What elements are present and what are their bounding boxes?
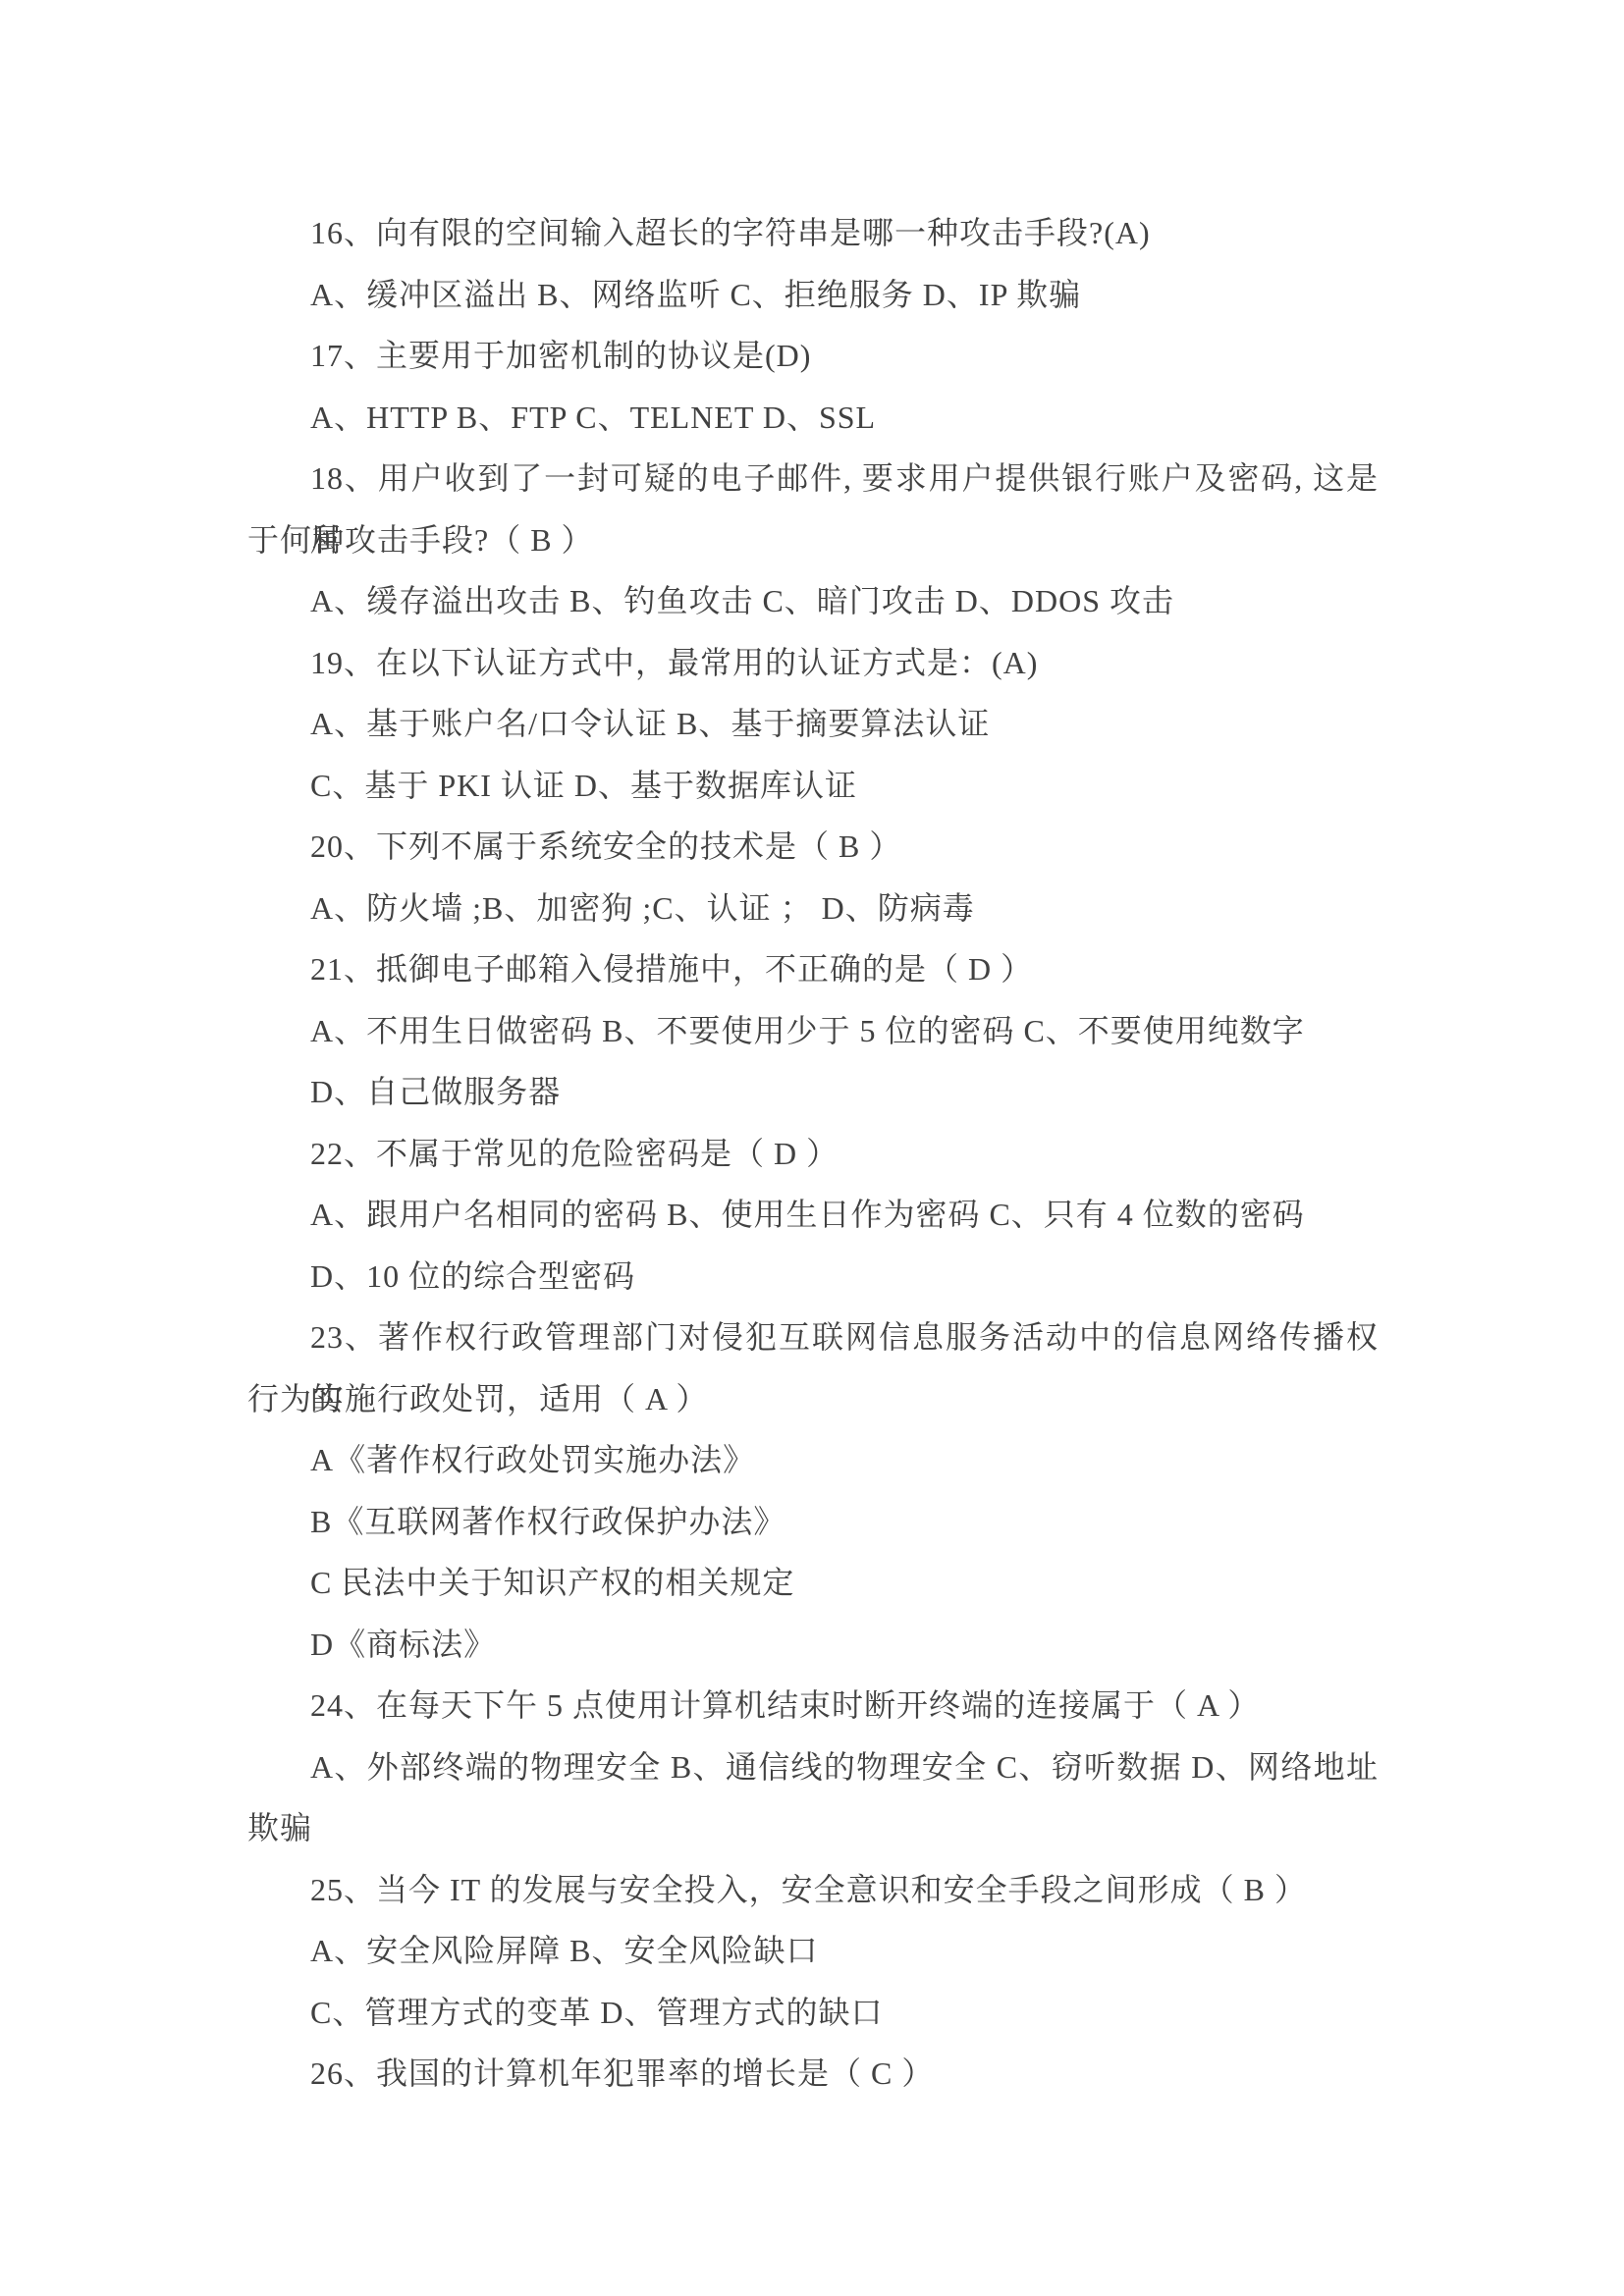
text-line: B《互联网著作权行政保护办法》 — [247, 1491, 1379, 1553]
text-line: D、10 位的综合型密码 — [247, 1246, 1379, 1308]
text-line: A、缓存溢出攻击 B、钓鱼攻击 C、暗门攻击 D、DDOS 攻击 — [247, 570, 1379, 632]
text-line: 24、在每天下午 5 点使用计算机结束时断开终端的连接属于（ A ） — [247, 1675, 1379, 1736]
text-line: A、HTTP B、FTP C、TELNET D、SSL — [247, 387, 1379, 449]
text-line: C、基于 PKI 认证 D、基于数据库认证 — [247, 755, 1379, 817]
text-line: 23、著作权行政管理部门对侵犯互联网信息服务活动中的信息网络传播权的 — [247, 1307, 1379, 1368]
text-line: 行为实施行政处罚，适用（ A ） — [247, 1368, 1379, 1430]
text-line: 17、主要用于加密机制的协议是(D) — [247, 325, 1379, 387]
text-line: D《商标法》 — [247, 1614, 1379, 1676]
text-line: C 民法中关于知识产权的相关规定 — [247, 1552, 1379, 1614]
text-line: A、外部终端的物理安全 B、通信线的物理安全 C、窃听数据 D、网络地址 — [247, 1736, 1379, 1798]
text-line: A、跟用户名相同的密码 B、使用生日作为密码 C、只有 4 位数的密码 — [247, 1184, 1379, 1246]
text-line: 26、我国的计算机年犯罪率的增长是（ C ） — [247, 2043, 1379, 2105]
text-line: D、自己做服务器 — [247, 1061, 1379, 1123]
text-line: 21、抵御电子邮箱入侵措施中，不正确的是（ D ） — [247, 938, 1379, 1000]
text-line: A《著作权行政处罚实施办法》 — [247, 1429, 1379, 1491]
document-page: 16、向有限的空间输入超长的字符串是哪一种攻击手段?(A)A、缓冲区溢出 B、网… — [247, 202, 1379, 2105]
text-line: 欺骗 — [247, 1797, 1379, 1859]
text-line: 19、在以下认证方式中，最常用的认证方式是：(A) — [247, 632, 1379, 694]
text-line: A、不用生日做密码 B、不要使用少于 5 位的密码 C、不要使用纯数字 — [247, 1000, 1379, 1062]
text-line: 22、不属于常见的危险密码是（ D ） — [247, 1123, 1379, 1185]
text-line: 20、下列不属于系统安全的技术是（ B ） — [247, 816, 1379, 878]
text-line: A、基于账户名/口令认证 B、基于摘要算法认证 — [247, 693, 1379, 755]
text-line: 于何种攻击手段?（ B ） — [247, 509, 1379, 571]
text-line: A、缓冲区溢出 B、网络监听 C、拒绝服务 D、IP 欺骗 — [247, 264, 1379, 326]
text-line: A、安全风险屏障 B、安全风险缺口 — [247, 1920, 1379, 1982]
text-line: A、防火墙 ;B、加密狗 ;C、认证 ； D、防病毒 — [247, 878, 1379, 939]
text-line: C、管理方式的变革 D、管理方式的缺口 — [247, 1982, 1379, 2044]
text-line: 25、当今 IT 的发展与安全投入，安全意识和安全手段之间形成（ B ） — [247, 1859, 1379, 1921]
text-line: 16、向有限的空间输入超长的字符串是哪一种攻击手段?(A) — [247, 202, 1379, 264]
text-line: 18、用户收到了一封可疑的电子邮件, 要求用户提供银行账户及密码, 这是属 — [247, 448, 1379, 509]
